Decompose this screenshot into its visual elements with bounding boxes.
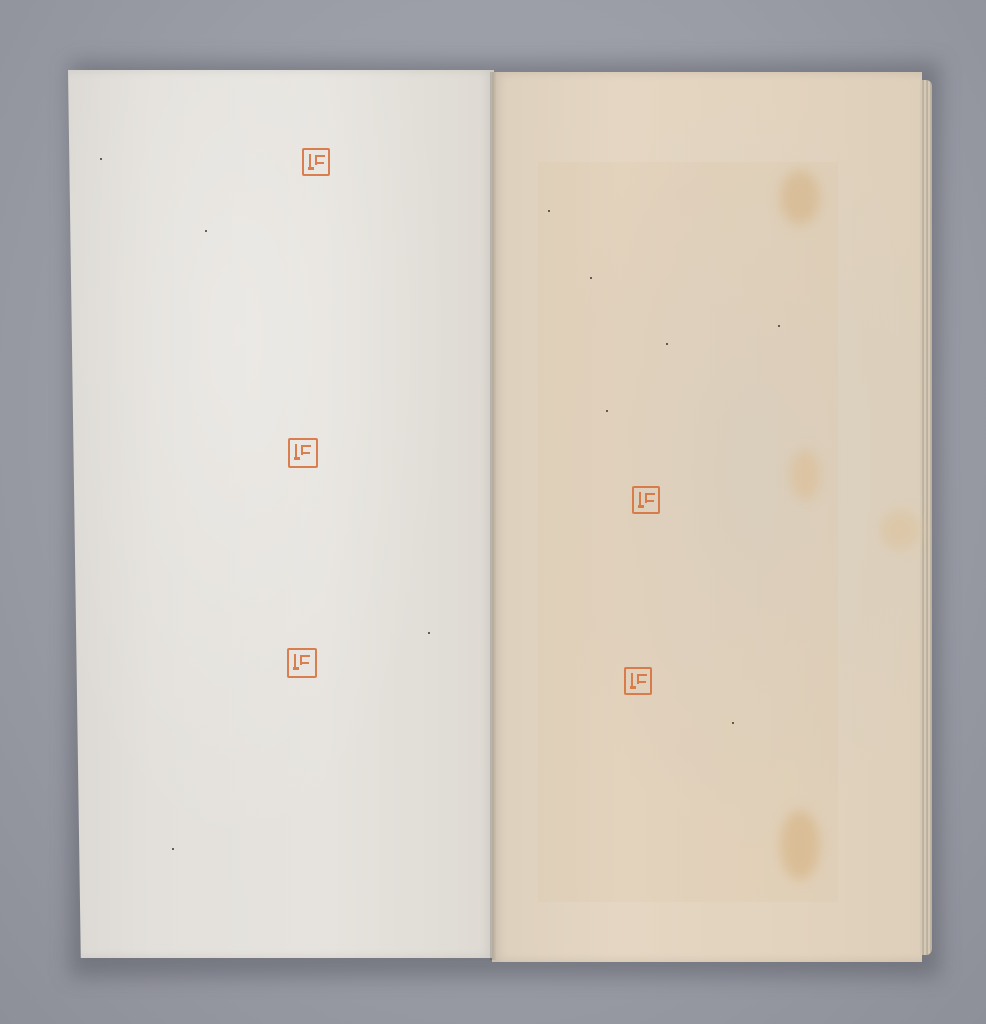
- red-seal-stamp-icon: [632, 486, 660, 514]
- red-seal-stamp-icon: [302, 148, 330, 176]
- book-gutter: [490, 72, 496, 960]
- water-stain: [780, 170, 820, 225]
- right-page-inner-frame: [538, 162, 838, 902]
- water-stain: [780, 810, 820, 880]
- paper-speck: [172, 848, 174, 850]
- paper-speck: [205, 230, 207, 232]
- left-page: [68, 70, 494, 958]
- red-seal-stamp-icon: [624, 667, 652, 695]
- page-block-edges: [920, 80, 932, 955]
- red-seal-stamp-icon: [287, 648, 317, 678]
- water-stain: [790, 450, 820, 500]
- paper-speck: [100, 158, 102, 160]
- red-seal-stamp-icon: [288, 438, 318, 468]
- water-stain: [880, 510, 920, 550]
- paper-speck: [590, 277, 592, 279]
- paper-speck: [732, 722, 734, 724]
- paper-speck: [778, 325, 780, 327]
- paper-speck: [606, 410, 608, 412]
- paper-speck: [548, 210, 550, 212]
- paper-speck: [428, 632, 430, 634]
- paper-speck: [666, 343, 668, 345]
